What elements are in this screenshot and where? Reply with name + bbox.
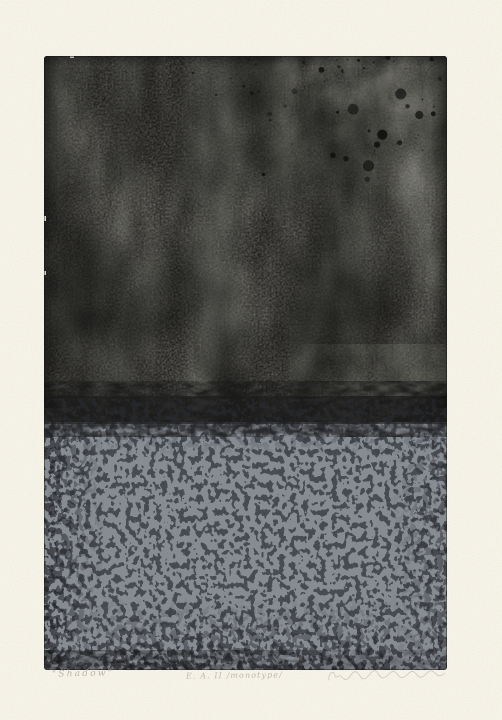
monotype-print-image: [44, 56, 447, 670]
paper-sheet: "Shadow" E. A. II /monotype/: [0, 0, 502, 720]
edition-inscription: E. A. II /monotype/: [186, 671, 283, 680]
artist-signature: [326, 665, 450, 687]
title-inscription: "Shadow": [52, 669, 114, 679]
print-plate: [44, 56, 447, 670]
print-gray-field: [44, 386, 447, 670]
signature-stroke: [329, 671, 445, 680]
